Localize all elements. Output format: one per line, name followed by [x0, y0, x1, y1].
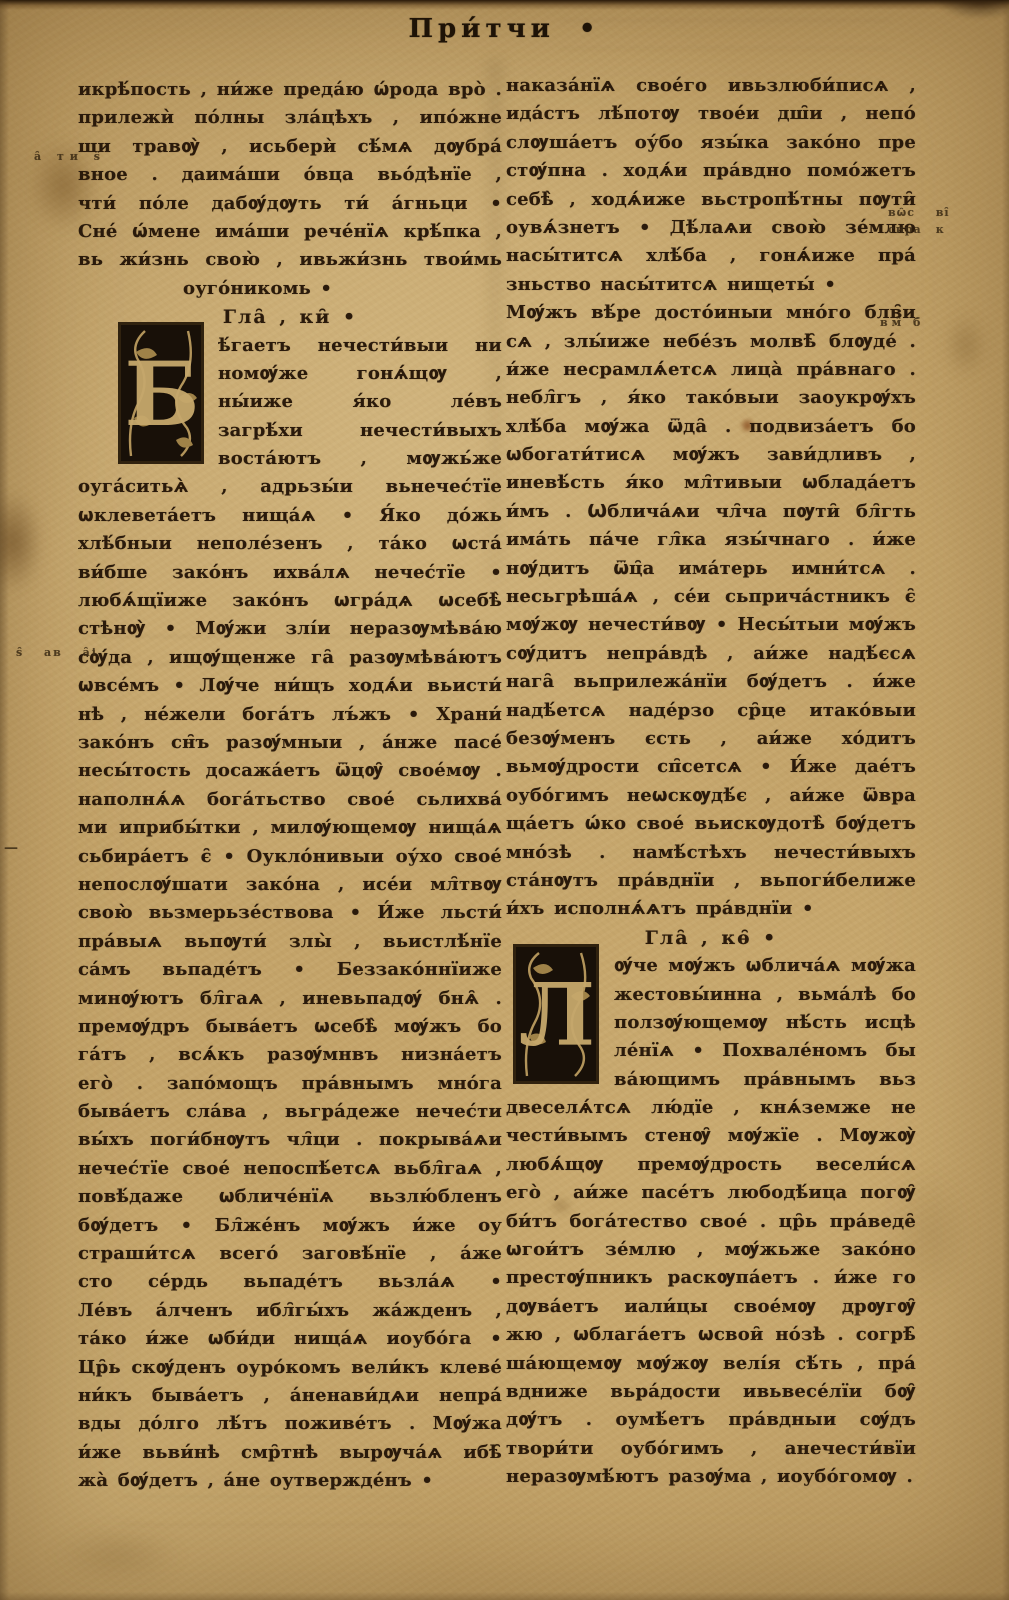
text-line: ползѹ́ющемѹ нѣ́сть исцѣ	[614, 1009, 916, 1037]
book-page-scan: При́тчи • икрѣ́пость , ни́же преда́ю ѡ́р…	[0, 0, 1009, 1600]
text-line: надѣ́етсѧ наде́рзо ср̑це итако́выи	[506, 697, 916, 725]
text-line: нечес́тїе свое́ непоспѣ́етсѧ вьбл̑гаѧ ,	[78, 1155, 502, 1183]
text-line: вды до́лго лѣ́тъ поживе́тъ . Мѹ́жа	[78, 1410, 502, 1438]
text-line: премѹ́дръ быва́етъ ѡсебѣ̀ мѹ́жъ бо	[78, 1013, 502, 1041]
text-line: чти́ по́ле дабѹ́дѹть ти́ а́гньци •	[78, 190, 502, 218]
text-line: ѡклевета́етъ нища́ѧ • Я́ко до́жь	[78, 502, 502, 530]
text-line: любѧ́щїиже зако́нъ ѡгра́дѧ ѡсебѣ̀	[78, 587, 502, 615]
text-line: и́хъ исполнѧ́ѧтъ пра́вднїи •	[506, 895, 916, 923]
text-line: себѣ̀ , ходѧ́иже вьстропѣ́тны пѹти̑	[506, 186, 916, 214]
text-line: ща́етъ ѡ́ко свое́ вьискѹдотѣ̀ бѹ́детъ	[506, 810, 916, 838]
text-line: Сне́ ѡ́мене има́ши рече́нїѧ крѣ́пка ,	[78, 218, 502, 246]
margin-gloss: сира	[888, 223, 922, 236]
text-line: свою̀ вьзмерьзе́ствова • И́же льсти́	[78, 899, 502, 927]
svg-text:Б: Б	[124, 342, 199, 446]
page-edge-bottom	[0, 1592, 1009, 1600]
text-line: хлѣ́ба мѹ́жа ѿда̑ . подвиза́етъ бо	[506, 413, 916, 441]
text-line: Ле́въ а́лченъ ибл̑гы́хъ жа́жденъ ,	[78, 1297, 502, 1325]
margin-note-left-mid: ѕ̑ ав а̑і	[16, 646, 98, 659]
text-line: стѣнѹ̀ • Мѹ́жи злі́и неразѹмѣва́ю	[78, 615, 502, 643]
text-line: быва́етъ сла́ва , вьгра́деже нечес́ти	[78, 1098, 502, 1126]
text-line: са́мъ вьпаде́тъ • Беззако́ннїиже	[78, 956, 502, 984]
text-line: страши́тсѧ всего́ заговѣ́нїе , а́же	[78, 1240, 502, 1268]
text-line: ми иприбы́тки , милѹ́ющемѹ нища́ѧ	[78, 814, 502, 842]
text-line: вдниже вьра́дости ивьвесе́лїи бѹ̑	[506, 1378, 916, 1406]
text-line: ны́иже я́ко ле́въ надѣ́ѧсѧ .	[218, 388, 502, 416]
text-line: загрѣ́хи нечести́выхъ сѹ́ди	[218, 417, 502, 445]
right-text-column: наказа́нїѧ свое́го ивьзлюби́писѧ ,ида́ст…	[506, 72, 916, 1492]
ornamental-initial-woodcut-b: Б	[118, 322, 204, 464]
margin-gloss: ві̑	[936, 206, 950, 219]
text-line: двеселѧ́тсѧ лю́дїе , кнѧ́земже не	[506, 1094, 916, 1122]
text-line: насы́титсѧ хлѣ́ба , гонѧ́иже пра́	[506, 242, 916, 270]
margin-note-right-mid: вм̑ б̑	[880, 316, 924, 329]
text-line: любѧ́щѹ премѹ́дрость весели́сѧ ѿц̑ь	[506, 1151, 916, 1179]
paper-stain	[52, 1528, 182, 1584]
text-line: сѧ , злы́иже небе́зъ молвѣ̑ блѹде́ .	[506, 328, 916, 356]
text-line: сѹ́да , ищѹ́щенже га̑ разѹмѣва́ютъ	[78, 644, 502, 672]
text-line: непослѹ́шати зако́на , исе́и мл̑твѹ	[78, 871, 502, 899]
text-line: вы́хъ поги́бнѹтъ чл̑ци . покрыва́ѧи	[78, 1126, 502, 1154]
text-line: Мѹ́жъ вѣ́ре досто́иныи мно́го блв̑и	[506, 299, 916, 327]
text-line: ѡвсе́мъ • Лѹ́че ни́щъ ходѧ́и вьисти́	[78, 672, 502, 700]
text-line: сѹ́дитъ непра́вдѣ , аи́же надѣ́єсѧ	[506, 640, 916, 668]
text-line: ши травѹ̀ , исьберѝ сѣ́мѧ дѹбра́	[78, 133, 502, 161]
text-line: несьгрѣша́ѧ , се́и сьприча́стникъ є̑	[506, 583, 916, 611]
text-line: има́ть па́че гл̑ка язы́чнаго . и́же	[506, 526, 916, 554]
text-line: мѹ́жѹ нечести́вѹ • Несы́тыи мѹ́жъ	[506, 611, 916, 639]
text-line: Цр̑ь скѹ́денъ оуро́комъ вели́къ клеве́	[78, 1354, 502, 1382]
text-line: стѹ́пна . ходѧ́и пра́вдно помо́жетъ	[506, 157, 916, 185]
text-line: и́же несрамлѧ́етсѧ лица̀ пра́внаго .	[506, 356, 916, 384]
text-line: наказа́нїѧ свое́го ивьзлюби́писѧ ,	[506, 72, 916, 100]
text-line: оувѧ́знетъ • Дѣ́лаѧи свою̀ зе́млю	[506, 214, 916, 242]
text-line: небл̑гъ , я́ко тако́выи заоукрѹ́хъ	[506, 384, 916, 412]
text-line: ѣ́гаетъ нечести́выи ни єди́	[218, 332, 502, 360]
text-line: би́тъ бога́тество свое́ . цр̑ь пра́веде̑	[506, 1208, 916, 1236]
text-line: дѹ́тъ . оумѣ́етъ пра́вдныи сѹ́дъ	[506, 1406, 916, 1434]
text-line: оуга́ситьѧ̀ , адрьзы́и вьнечес́тїе	[78, 473, 502, 501]
text-line: ѹ́че мѹ́жъ ѡблича́ѧ мѹ́жа	[614, 952, 916, 980]
text-line: ида́стъ лѣ́потѹ твое́и дш̑и , непо́	[506, 100, 916, 128]
text-line: слѹша́етъ оу́бо язы́ка зако́но пре	[506, 129, 916, 157]
page-edge-left	[0, 0, 9, 1600]
text-line: его̀ . запо́мощъ пра́внымъ мно́га	[78, 1070, 502, 1098]
text-line: наполнѧ́ѧ бога́тьство свое́ сьлихва́	[78, 786, 502, 814]
text-line: и́же вьви́нѣ смр̑тнѣ вырѹча́ѧ ибѣ̑	[78, 1439, 502, 1467]
text-line: ви́бше зако́нъ ихва́лѧ нечес́тїе •	[78, 559, 502, 587]
text-line: мно́зѣ . намѣ́стѣхъ нечести́выхъ	[506, 839, 916, 867]
text-line: его̀ , аи́же пасе́тъ любодѣ́ица погѹ̑	[506, 1179, 916, 1207]
text-line: и́мъ . Ѡблича́ѧи чл̑ча пѹти̑ бл̑гть	[506, 498, 916, 526]
text-line: вьмѹ́дрости сп̑сетсѧ • И́же дае́тъ	[506, 753, 916, 781]
text-line: ѡгои́тъ зе́млю , мѹ́жьже зако́но	[506, 1236, 916, 1264]
text-line: воста́ютъ , мѹжь́же хѹдо̑	[218, 445, 502, 473]
page-edge-top	[0, 0, 1009, 10]
margin-gloss: вѡ̑с	[888, 206, 922, 219]
text-line: нага̑ вьприлежа́нїи бѹ́детъ . и́же	[506, 668, 916, 696]
text-line: сьбира́етъ є̑ • Оукло́нивыи оу́хо свое́	[78, 843, 502, 871]
text-line: пра́выѧ вьпѹти́ злы̀ , вьистлѣ́нїе	[78, 928, 502, 956]
text-line: ста́нѹтъ пра́вднїи , вьпоги́белиже	[506, 867, 916, 895]
text-line: зньство насы́титсѧ нищеты́ •	[506, 271, 916, 299]
margin-gloss: к	[936, 223, 950, 236]
text-line: минѹ́ютъ бл̑гаѧ , иневьпадѹ́ бнѧ̑ .	[78, 985, 502, 1013]
text-line: жестовы́инна , вьма́лѣ бо	[614, 981, 916, 1009]
text-line: твори́ти оубо́гимъ , анечести́вїи	[506, 1435, 916, 1463]
text-line: дѹва́етъ иали́цы свое́мѹ дрѹгѹ̑ мре́	[506, 1293, 916, 1321]
text-line: чести́вымъ стенѹ̑ мѹ́жїе . Мѹжѹ̀	[506, 1122, 916, 1150]
text-line: вь жи́знь свою̀ , ивьжи́знь твои́мь	[78, 246, 502, 274]
text-line: нѣ , не́жели бога́тъ лъ́жъ • Храни́	[78, 701, 502, 729]
text-line: прилежѝ по́лны зла́цѣхъ , ипо́жне	[78, 104, 502, 132]
text-line: га́тъ , всѧ́къ разѹ́мнвъ низна́етъ	[78, 1041, 502, 1069]
text-line: номѹ́же гонѧ́щѹ , пра́ведъ	[218, 360, 502, 388]
text-line: неразѹмѣ́ютъ разѹ́ма , иоубо́гомѹ .	[506, 1463, 916, 1491]
running-title: При́тчи •	[0, 14, 1009, 44]
text-line: ва́ющимъ пра́внымъ вьз	[614, 1066, 916, 1094]
text-line: бѹ́детъ • Бл̑же́нъ мѹ́жъ и́же оу	[78, 1212, 502, 1240]
left-text-column: икрѣ́пость , ни́же преда́ю ѡ́рода вро̀ .…	[78, 76, 502, 1496]
text-line: вное . даима́ши о́вца вьо́дѣнїе ,	[78, 161, 502, 189]
text-line: та́ко и́же ѡби́ди нища́ѧ иоубо́га •	[78, 1325, 502, 1353]
paper-stain	[944, 312, 988, 378]
text-line: икрѣ́пость , ни́же преда́ю ѡ́рода вро̀ .	[78, 76, 502, 104]
margin-note-right-top: вѡ̑с ві̑ сира к	[888, 206, 950, 236]
text-line: ни́къ быва́етъ , а́ненави́дѧи непра́	[78, 1382, 502, 1410]
text-line: ле́нїѧ • Похвале́номъ бы	[614, 1037, 916, 1065]
text-line: престѹ́пникъ раскѹпа́етъ . и́же го	[506, 1264, 916, 1292]
text-line: хлѣ́бныи неполе́зенъ , та́ко ѡста́	[78, 530, 502, 558]
text-line: жа̀ бѹ́детъ , а́не оутвержде́нъ •	[78, 1467, 502, 1495]
text-line: сто се́рдь вьпаде́тъ вьзла́ѧ •	[78, 1268, 502, 1296]
text-line: оуго́никомь •	[183, 275, 502, 303]
text-line: повѣ́даже ѡбличе́нїѧ вьзлю́бленъ	[78, 1183, 502, 1211]
text-line: ѡбогати́тисѧ мѹ́жъ зави́дливъ ,	[506, 441, 916, 469]
text-line: зако́нъ сн̑ъ разѹ́мныи , а́нже пасе́	[78, 729, 502, 757]
text-line: иневѣ́сть я́ко мл̑тивыи ѡблада́етъ	[506, 469, 916, 497]
text-line: несы́тость досажа́етъ ѿцѹ̑ свое́мѹ .	[78, 757, 502, 785]
text-line: нѹ́дитъ ѿц̑а има́терь имни́тсѧ .	[506, 555, 916, 583]
page-edge-right	[1002, 0, 1009, 1600]
text-line: жю , ѡблага́етъ ѡсвои̑ но́зѣ . согрѣ̑	[506, 1321, 916, 1349]
ornamental-initial-woodcut-l: Л	[513, 944, 599, 1084]
text-line: оубо́гимъ неѡскѹдѣ́є , аи́же ѿвра	[506, 782, 916, 810]
margin-note-left-top: а̑ ти ѕ̑	[34, 150, 106, 163]
svg-text:Л: Л	[519, 965, 595, 1066]
text-line: безѹ́менъ єсть , аи́же хо́дитъ	[506, 725, 916, 753]
text-line: ша́ющемѹ мѹ́жѹ велі́я сѣ́ть , пра́	[506, 1350, 916, 1378]
page-edge-top-right	[938, 0, 1009, 18]
